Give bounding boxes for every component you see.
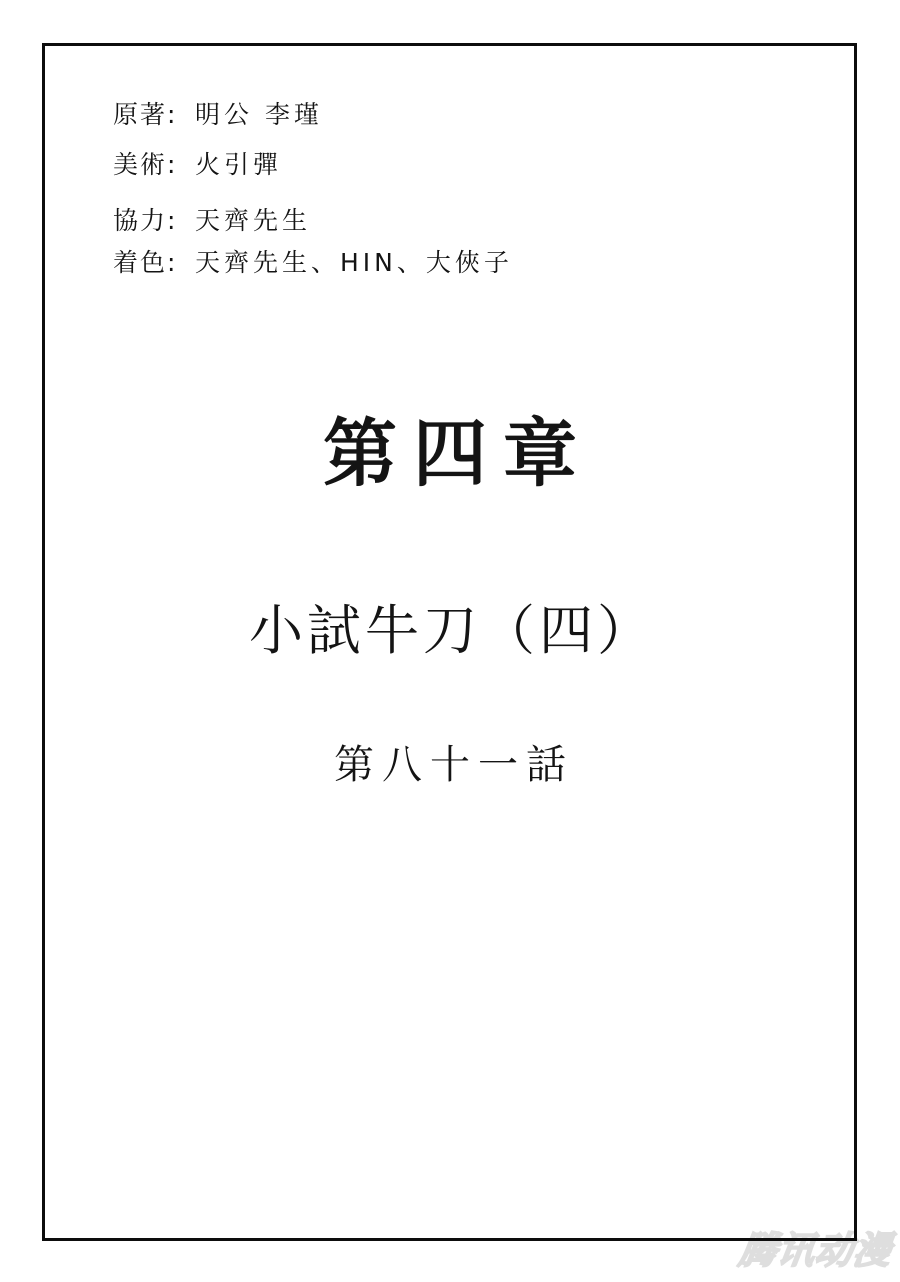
credit-value: 天齊先生	[195, 206, 311, 236]
tencent-comics-watermark: 腾讯动漫	[736, 1220, 896, 1274]
credit-label: 着色:	[113, 248, 195, 278]
credit-label: 協力:	[113, 206, 195, 236]
credit-value: 明公 李瑾	[195, 100, 323, 130]
credit-line-coloring: 着色: 天齊先生、HIN、大俠子	[113, 248, 513, 278]
credit-line-art: 美術: 火引彈	[113, 150, 513, 180]
credit-value: 天齊先生、HIN、大俠子	[195, 248, 513, 278]
chapter-title: 第四章	[0, 414, 900, 495]
credit-label: 原著:	[113, 100, 195, 130]
credits-block: 原著: 明公 李瑾 美術: 火引彈 協力: 天齊先生 着色: 天齊先生、HIN、…	[113, 100, 513, 278]
chapter-subtitle: 小試牛刀（四）	[0, 600, 900, 662]
episode-number: 第八十一話	[0, 742, 900, 788]
credit-label: 美術:	[113, 150, 195, 180]
credit-value: 火引彈	[195, 150, 282, 180]
credit-line-assistance: 協力: 天齊先生	[113, 206, 513, 236]
manga-title-page: 原著: 明公 李瑾 美術: 火引彈 協力: 天齊先生 着色: 天齊先生、HIN、…	[0, 0, 900, 1282]
credit-line-original-author: 原著: 明公 李瑾	[113, 100, 513, 130]
